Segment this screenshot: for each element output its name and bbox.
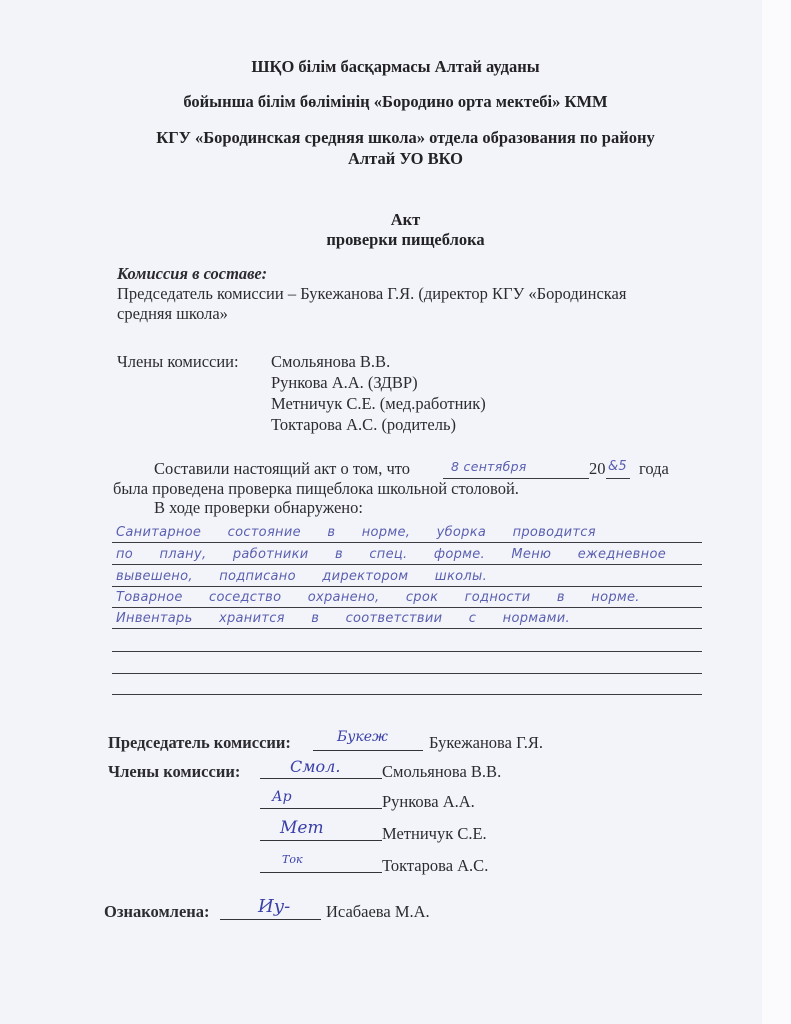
- acquainted-name: Исабаева М.А.: [326, 902, 430, 922]
- findings-line: [112, 673, 702, 695]
- acquainted-signature-line: [220, 919, 321, 920]
- document-subtitle: проверки пищеблока: [10, 230, 791, 250]
- member-signature-name: Метничук С.Е.: [382, 824, 487, 844]
- member-signature-line: [260, 778, 382, 779]
- member-signature: Ар: [272, 789, 292, 805]
- statement-line-2: была проведена проверка пищеблока школьн…: [113, 479, 519, 499]
- year-underline: [606, 478, 630, 479]
- member-signature-line: [260, 872, 382, 873]
- year-handwritten: &5: [608, 459, 627, 474]
- findings-line: Товарное соседство охранено, срок годнос…: [112, 586, 702, 608]
- findings-line: по плану, работники в спец. форме. Меню …: [112, 543, 702, 565]
- member-signature-line: [260, 840, 382, 841]
- commission-heading: Комиссия в составе:: [117, 264, 267, 284]
- statement-prefix: Составили настоящий акт о том, что: [154, 459, 410, 479]
- findings-line: Санитарное состояние в норме, уборка про…: [112, 521, 702, 543]
- date-handwritten: 8 сентября: [451, 459, 527, 474]
- year-field: &5: [606, 459, 630, 479]
- chair-name: Букежанова Г.Я.: [429, 733, 543, 753]
- member-signature: Ток: [282, 853, 303, 866]
- member-signature-line: [260, 808, 382, 809]
- commission-chair-line-2: средняя школа»: [117, 304, 228, 324]
- member-item: Смольянова В.В.: [271, 352, 390, 372]
- member-item: Рункова А.А. (ЗДВР): [271, 373, 418, 393]
- member-signature: Мет: [280, 818, 324, 838]
- header-line-kazakh-1: ШҚО білім басқармасы Алтай ауданы: [0, 57, 791, 77]
- findings-line: [112, 630, 702, 652]
- year-prefix: 20: [589, 459, 606, 479]
- header-line-russian-1: КГУ «Бородинская средняя школа» отдела о…: [10, 128, 791, 148]
- findings-line: вывешено, подписано директором школы.: [112, 565, 702, 587]
- year-suffix: года: [639, 459, 669, 479]
- member-signature: Смол.: [290, 757, 340, 776]
- member-signature-name: Рункова А.А.: [382, 792, 475, 812]
- document-title: Акт: [10, 210, 791, 230]
- commission-chair-line-1: Председатель комиссии – Букежанова Г.Я. …: [117, 284, 626, 304]
- acquainted-label: Ознакомлена:: [104, 902, 210, 922]
- header-line-kazakh-2: бойынша білім бөлімінің «Бородино орта м…: [0, 92, 791, 112]
- chair-signature-line: [313, 750, 423, 751]
- header-line-russian-2: Алтай УО ВКО: [10, 149, 791, 169]
- member-signature-name: Токтарова А.С.: [382, 856, 488, 876]
- member-signature-name: Смольянова В.В.: [382, 762, 501, 782]
- findings-line: [112, 652, 702, 674]
- findings-label: В ходе проверки обнаружено:: [154, 498, 363, 518]
- date-field: 8 сентября: [443, 459, 589, 479]
- findings-line: Инвентарь хранится в соответствии с норм…: [112, 607, 702, 629]
- member-item: Метничук С.Е. (мед.работник): [271, 394, 486, 414]
- chair-signature-label: Председатель комиссии:: [108, 733, 291, 753]
- members-signature-label: Члены комиссии:: [108, 762, 240, 782]
- acquainted-signature: Иу-: [258, 896, 290, 917]
- member-item: Токтарова А.С. (родитель): [271, 415, 456, 435]
- members-label: Члены комиссии:: [117, 352, 239, 372]
- chair-signature: Букеж: [337, 729, 388, 745]
